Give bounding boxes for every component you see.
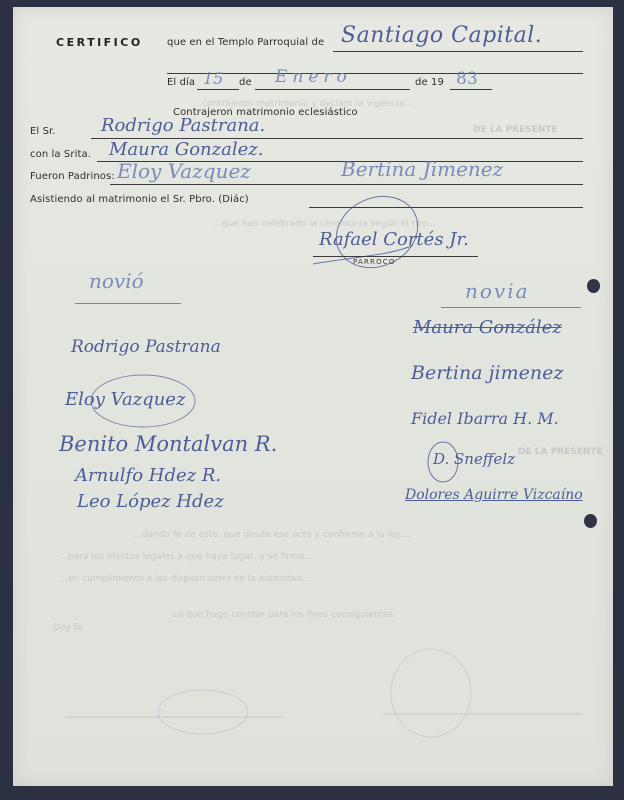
faint-reverse-signature [103, 691, 107, 707]
punch-hole-top [587, 279, 600, 293]
faint-reverse-signatures-icon [13, 7, 613, 786]
certificate-paper: CERTIFICO que en el Templo Parroquial de… [13, 7, 613, 786]
punch-hole-bottom [584, 514, 597, 528]
